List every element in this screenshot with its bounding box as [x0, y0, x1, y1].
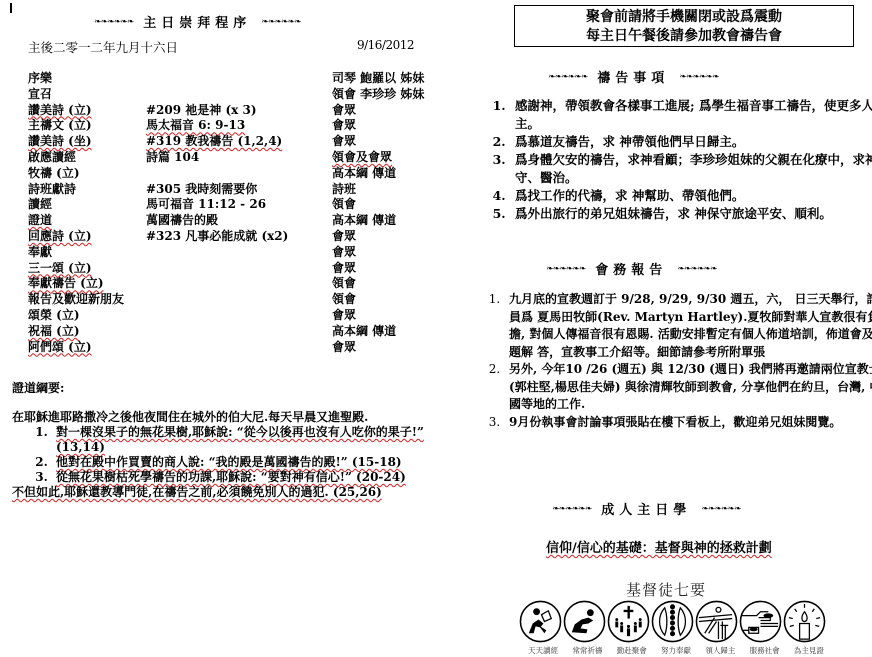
ornament-icon: ❧❧❧❧❧❧ [677, 265, 716, 273]
service-leader: 會眾 [332, 261, 442, 277]
order-of-service-row: 奉獻禱告 (立)領會 [28, 276, 448, 292]
sermon-points: 對一棵沒果子的無花果樹,耶穌說: “從今以後再也沒有人吃你的果子!” (13,1… [12, 425, 442, 485]
order-of-service-row: 宣召領會 李珍珍 姊妹 [28, 87, 448, 103]
prayer-items-title: 禱告事項 [597, 67, 669, 86]
service-content [146, 292, 332, 308]
reading-bible-icon [519, 600, 562, 643]
sermon-outline-heading: 證道綱要: [12, 379, 64, 396]
service-item: 宣召 [28, 87, 146, 103]
service-item: 祝福 (立) [28, 324, 146, 340]
order-of-service-row: 回應詩 (立)#323 凡事必能成就 (x2)會眾 [28, 229, 448, 245]
ornament-icon: ❧❧❧❧❧❧ [94, 18, 133, 26]
service-content [146, 71, 332, 87]
date-chinese: 主後二零一二年九月十六日 [28, 38, 178, 56]
service-item: 回應詩 (立) [28, 229, 146, 245]
service-content: #305 我時刻需要你 [146, 182, 332, 198]
order-of-service-title: 主日崇拜程序 [143, 12, 251, 31]
prayer-items-list: 感謝神，帶領教會各樣事工進展; 爲學生福音事工禱告，使更多人歸主。 爲慕道友禱告… [480, 97, 872, 223]
essential-label: 為主見證 [787, 645, 831, 656]
ornament-icon: ❧❧❧❧❧❧ [701, 505, 740, 513]
sunday-school-topic: 信仰/信心的基礎：基督與神的拯救計劃 [546, 537, 772, 556]
service-content: 馬可福音 11:12 - 26 [146, 197, 332, 213]
service-item: 證道 [28, 213, 146, 229]
service-leader: 領會 [332, 197, 442, 213]
affairs-item: 另外, 今年10 /26 (週五) 與 12/30 (週日) 我們將再邀請兩位宣… [504, 361, 872, 414]
service-item: 主禱文 (立) [28, 118, 146, 134]
service-content [146, 324, 332, 340]
service-content: 萬國禱告的殿 [146, 213, 332, 229]
service-item: 三一頌 (立) [28, 261, 146, 277]
order-of-service-row: 序樂司琴 鮑羅以 姊妹 [28, 71, 448, 87]
service-content: 詩篇 104 [146, 150, 332, 166]
date-numeric: 9/16/2012 [357, 38, 414, 56]
essential-label: 領人歸主 [698, 645, 742, 656]
sermon-point: 從無花果樹枯死學禱告的功課,耶穌說: “要對神有信心!” (20-24) [52, 470, 442, 485]
essential-label: 天天讀經 [521, 645, 565, 656]
affairs-item: 9月份執事會討論事項張貼在樓下看板上，歡迎弟兄姐妹閱覽。 [504, 414, 872, 432]
order-of-service-row: 主禱文 (立)馬太福音 6: 9-13會眾 [28, 118, 448, 134]
church-affairs-title: 會務報告 [595, 259, 667, 278]
service-content [146, 87, 332, 103]
order-of-service-row: 證道萬國禱告的殿高本綱 傳道 [28, 213, 448, 229]
order-of-service-row: 讀經馬可福音 11:12 - 26領會 [28, 197, 448, 213]
service-item: 阿們頌 (立) [28, 340, 146, 356]
service-leader: 領會 [332, 292, 442, 308]
order-of-service-row: 讚美詩 (坐)#319 教我禱告 (1,2,4)會眾 [28, 134, 448, 150]
offering-icon [651, 600, 694, 643]
seven-essentials-title: 基督徒七要 [626, 579, 706, 600]
ornament-icon: ❧❧❧❧❧❧ [261, 18, 300, 26]
service-leader: 領會及會眾 [332, 150, 442, 166]
service-item: 牧禱 (立) [28, 166, 146, 182]
church-affairs-list: 九月底的宣教週訂于 9/28, 9/29, 9/30 週五，六， 日三天舉行，請… [480, 291, 872, 431]
prayer-item: 爲找工作的代禱，求 神幫助、帶領他們。 [510, 187, 872, 205]
service-leader: 會眾 [332, 134, 442, 150]
ornament-icon: ❧❧❧❧❧❧ [552, 505, 591, 513]
service-item: 讀經 [28, 197, 146, 213]
order-of-service-row: 啟應讀經詩篇 104領會及會眾 [28, 150, 448, 166]
sermon-outline: 在耶穌進耶路撒冷之後他夜間住在城外的伯大尼.每天早晨又進聖殿. 對一棵沒果子的無… [12, 410, 442, 500]
order-of-service-row: 三一頌 (立)會眾 [28, 261, 448, 277]
service-leader: 會眾 [332, 103, 442, 119]
serving-icon [739, 600, 782, 643]
witness-candle-icon [783, 600, 826, 643]
service-content [146, 276, 332, 292]
evangelism-icon [695, 600, 738, 643]
service-item: 序樂 [28, 71, 146, 87]
order-of-service-row: 頌榮 (立)會眾 [28, 308, 448, 324]
order-of-service-heading: ❧❧❧❧❧❧ 主日崇拜程序 ❧❧❧❧❧❧ [84, 12, 311, 31]
service-content: #319 教我禱告 (1,2,4) [146, 134, 332, 150]
essential-label: 常常祈禱 [565, 645, 609, 656]
order-of-service-row: 牧禱 (立)高本綱 傳道 [28, 166, 448, 182]
seven-essentials-labels: 天天讀經 常常祈禱 勤赴聚會 努力奉獻 領人歸主 服務社會 為主見證 [521, 645, 831, 656]
sermon-intro: 在耶穌進耶路撒冷之後他夜間住在城外的伯大尼.每天早晨又進聖殿. [12, 410, 442, 425]
essential-label: 努力奉獻 [654, 645, 698, 656]
right-page: 聚會前請將手機關閉或設爲震動 每主日午餐後請參加教會禱告會 ❧❧❧❧❧❧ 禱告事… [480, 0, 872, 657]
prayer-item: 爲慕道友禱告，求 神帶領他們早日歸主。 [510, 133, 872, 151]
service-leader: 司琴 鮑羅以 姊妹 [332, 71, 442, 87]
service-item: 奉獻禱告 (立) [28, 276, 146, 292]
service-leader: 高本綱 傳道 [332, 213, 442, 229]
ornament-icon: ❧❧❧❧❧❧ [548, 73, 587, 81]
service-item: 頌榮 (立) [28, 308, 146, 324]
sermon-closing: 不但如此,耶穌還教導門徒,在禱告之前,必須饒免別人的過犯. (25,26) [12, 485, 382, 499]
service-item: 讚美詩 (坐) [28, 134, 146, 150]
ornament-icon: ❧❧❧❧❧❧ [546, 265, 585, 273]
date-row: 主後二零一二年九月十六日 9/16/2012 [28, 38, 414, 56]
service-content: #323 凡事必能成就 (x2) [146, 229, 332, 245]
order-of-service-row: 阿們頌 (立)會眾 [28, 340, 448, 356]
notice-line-1: 聚會前請將手機關閉或設爲震動 [515, 8, 853, 27]
service-leader: 會眾 [332, 340, 442, 356]
order-of-service-row: 奉獻會眾 [28, 245, 448, 261]
service-content: 馬太福音 6: 9-13 [146, 118, 332, 134]
seven-essentials-icons [519, 600, 826, 643]
service-leader: 領會 [332, 276, 442, 292]
service-leader: 會眾 [332, 245, 442, 261]
service-leader: 會眾 [332, 229, 442, 245]
service-leader: 會眾 [332, 308, 442, 324]
praying-icon [563, 600, 606, 643]
service-item: 報告及歡迎新朋友 [28, 292, 146, 308]
ornament-icon: ❧❧❧❧❧❧ [679, 73, 718, 81]
service-leader: 詩班 [332, 182, 442, 198]
service-content [146, 261, 332, 277]
service-item: 詩班獻詩 [28, 182, 146, 198]
prayer-items-heading: ❧❧❧❧❧❧ 禱告事項 ❧❧❧❧❧❧ [538, 67, 729, 86]
service-item: 奉獻 [28, 245, 146, 261]
notice-line-2: 每主日午餐後請參加教會禱告會 [515, 27, 853, 46]
church-affairs-heading: ❧❧❧❧❧❧ 會務報告 ❧❧❧❧❧❧ [536, 259, 727, 278]
service-leader: 領會 李珍珍 姊妹 [332, 87, 442, 103]
service-leader: 高本綱 傳道 [332, 166, 442, 182]
service-content [146, 308, 332, 324]
prayer-item: 爲身體欠安的禱告，求神看顧；李珍珍姐妹的父親在化療中，求神 保守、醫治。 [510, 151, 872, 187]
left-page: ❧❧❧❧❧❧ 主日崇拜程序 ❧❧❧❧❧❧ 主後二零一二年九月十六日 9/16/2… [0, 0, 450, 657]
service-leader: 高本綱 傳道 [332, 324, 442, 340]
service-content [146, 245, 332, 261]
gathering-icon [607, 600, 650, 643]
adult-sunday-school-heading: ❧❧❧❧❧❧ 成人主日學 ❧❧❧❧❧❧ [542, 499, 751, 518]
essential-label: 服務社會 [742, 645, 786, 656]
sermon-point: 他對在殿中作買賣的商人說: “我的殿是萬國禱告的殿!” (15-18) [52, 455, 442, 470]
order-of-service-row: 詩班獻詩#305 我時刻需要你詩班 [28, 182, 448, 198]
service-item: 讚美詩 (立) [28, 103, 146, 119]
service-content: #209 祂是神 (x 3) [146, 103, 332, 119]
order-of-service-table: 序樂司琴 鮑羅以 姊妹宣召領會 李珍珍 姊妹讚美詩 (立)#209 祂是神 (x… [28, 71, 448, 355]
affairs-item: 九月底的宣教週訂于 9/28, 9/29, 9/30 週五，六， 日三天舉行，請… [504, 291, 872, 361]
service-content [146, 166, 332, 182]
service-leader: 會眾 [332, 118, 442, 134]
service-item: 啟應讀經 [28, 150, 146, 166]
essential-label: 勤赴聚會 [610, 645, 654, 656]
prayer-item: 爲外出旅行的弟兄姐妹禱告，求 神保守旅途平安、順利。 [510, 205, 872, 223]
prayer-item: 感謝神，帶領教會各樣事工進展; 爲學生福音事工禱告，使更多人歸主。 [510, 97, 872, 133]
service-content [146, 340, 332, 356]
order-of-service-row: 讚美詩 (立)#209 祂是神 (x 3)會眾 [28, 103, 448, 119]
notice-box: 聚會前請將手機關閉或設爲震動 每主日午餐後請參加教會禱告會 [514, 5, 854, 47]
sermon-point: 對一棵沒果子的無花果樹,耶穌說: “從今以後再也沒有人吃你的果子!” (13,1… [52, 425, 442, 455]
adult-sunday-school-title: 成人主日學 [601, 499, 691, 518]
order-of-service-row: 報告及歡迎新朋友領會 [28, 292, 448, 308]
order-of-service-row: 祝福 (立)高本綱 傳道 [28, 324, 448, 340]
